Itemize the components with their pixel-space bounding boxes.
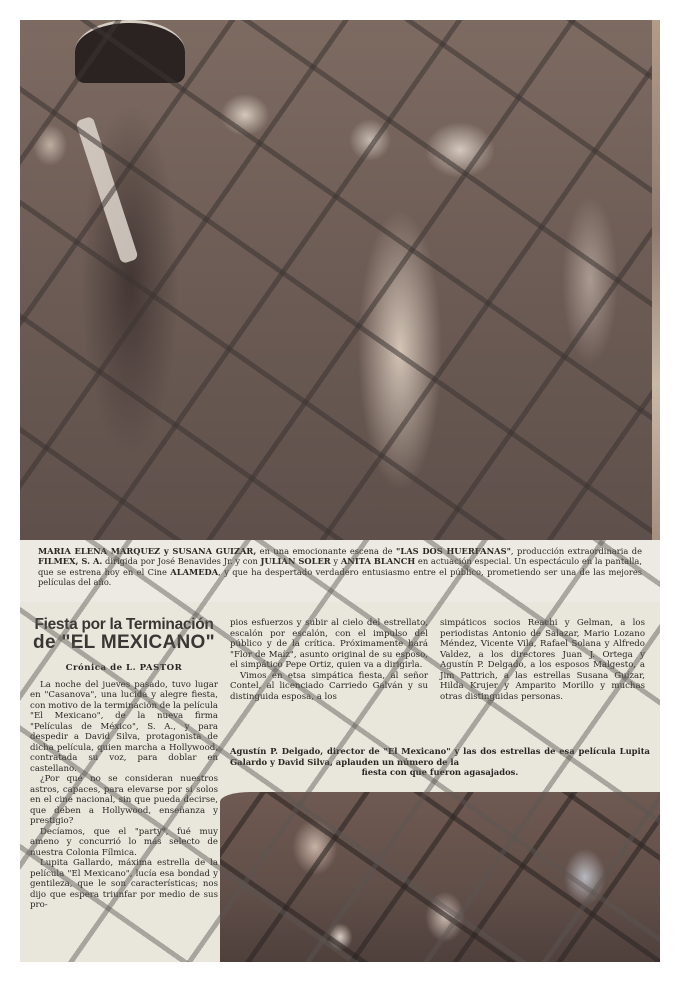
paragraph: Lupita Gallardo, máxima estrella de la p… — [30, 858, 218, 911]
article-headline: Fiesta por la Terminación de "EL MEXICAN… — [30, 616, 218, 653]
caption-names: MARIA ELENA MARQUEZ y SUSANA GUIZAR, — [38, 546, 256, 556]
adjacent-page-edge — [652, 20, 660, 540]
caption-studio: FILMEX, S. A. — [38, 556, 102, 566]
paragraph: Vimos en etsa simpática fiesta, al señor… — [230, 671, 428, 703]
top-photo-caption: MARIA ELENA MARQUEZ y SUSANA GUIZAR, en … — [20, 540, 660, 602]
article-byline: Crónica de L. PASTOR — [30, 663, 218, 674]
diagonal-grid-overlay — [220, 792, 660, 962]
diagonal-grid-overlay — [20, 20, 660, 540]
article-column-1: Fiesta por la Terminación de "EL MEXICAN… — [30, 616, 218, 911]
bottom-photograph — [220, 792, 660, 962]
white-sash-figure — [75, 116, 138, 264]
article-column-2: pios esfuerzos y subir al cielo del estr… — [230, 618, 428, 702]
paragraph: Decíamos, que el "party", fué muy ameno … — [30, 827, 218, 859]
top-photograph — [20, 20, 660, 540]
magazine-page: MARIA ELENA MARQUEZ y SUSANA GUIZAR, en … — [20, 20, 660, 962]
article-column-3: simpáticos socios Reachi y Gelman, a los… — [440, 618, 645, 702]
paragraph: simpáticos socios Reachi y Gelman, a los… — [440, 618, 645, 702]
bottom-photo-caption: Agustín P. Delgado, director de "El Mexi… — [230, 746, 650, 778]
paragraph: ¿Por qué no se consideran nuestros astro… — [30, 774, 218, 827]
tricorn-hat-figure — [75, 20, 185, 83]
caption-film-title: "LAS DOS HUERFANAS" — [396, 546, 511, 556]
paragraph: pios esfuerzos y subir al cielo del estr… — [230, 618, 428, 671]
paragraph: La noche del jueves pasado, tuvo lugar e… — [30, 680, 218, 775]
